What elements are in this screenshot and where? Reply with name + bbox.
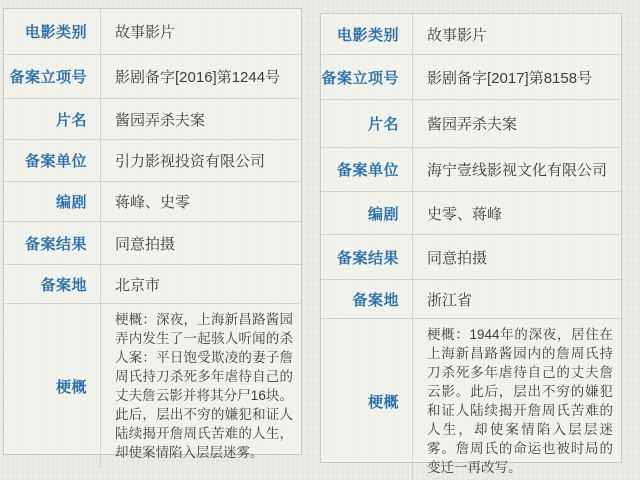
synopsis-value: 梗概：1944年的深夜，居住在上海新昌路酱园内的詹周氏持刀杀死多年虐待自己的丈夫… <box>413 319 621 480</box>
film-registration-records-page: { "colors": { "page_background": "#e8eae… <box>0 0 640 480</box>
registration-number-value: 影剧备字[2017]第8158号 <box>413 55 621 99</box>
registration-place-row: 备案地 浙江省 <box>321 279 621 318</box>
registration-number-label: 备案立项号 <box>4 55 101 98</box>
synopsis-row: 梗概 梗概：深夜，上海新昌路酱园弄内发生了一起骇人听闻的杀人案：平日饱受欺凌的妻… <box>4 303 301 468</box>
screenwriter-label: 编剧 <box>4 182 101 221</box>
registration-unit-value: 引力影视投资有限公司 <box>101 140 301 181</box>
left-film-record-card: 电影类别 故事影片 备案立项号 影剧备字[2016]第1244号 片名 酱园弄杀… <box>3 8 302 455</box>
registration-number-row: 备案立项号 影剧备字[2016]第1244号 <box>4 54 301 98</box>
registration-number-label: 备案立项号 <box>321 55 413 99</box>
registration-unit-label: 备案单位 <box>321 148 413 191</box>
screenwriter-label: 编剧 <box>321 192 413 234</box>
film-title-label: 片名 <box>4 99 101 139</box>
registration-unit-row: 备案单位 引力影视投资有限公司 <box>4 139 301 181</box>
synopsis-label: 梗概 <box>321 319 413 480</box>
film-title-value: 酱园弄杀夫案 <box>101 99 301 139</box>
film-category-label: 电影类别 <box>321 14 413 54</box>
registration-number-row: 备案立项号 影剧备字[2017]第8158号 <box>321 54 621 99</box>
registration-result-row: 备案结果 同意拍摄 <box>321 234 621 279</box>
registration-result-value: 同意拍摄 <box>101 222 301 264</box>
registration-unit-value: 海宁壹线影视文化有限公司 <box>413 148 621 191</box>
screenwriter-row: 编剧 蒋峰、史零 <box>4 181 301 221</box>
registration-place-row: 备案地 北京市 <box>4 264 301 303</box>
film-title-row: 片名 酱园弄杀夫案 <box>321 99 621 147</box>
screenwriter-row: 编剧 史零、蒋峰 <box>321 191 621 234</box>
right-film-record-card: 电影类别 故事影片 备案立项号 影剧备字[2017]第8158号 片名 酱园弄杀… <box>320 13 622 463</box>
film-category-value: 故事影片 <box>101 9 301 54</box>
film-category-row: 电影类别 故事影片 <box>321 14 621 54</box>
registration-unit-label: 备案单位 <box>4 140 101 181</box>
screenwriter-value: 蒋峰、史零 <box>101 182 301 221</box>
film-category-value: 故事影片 <box>413 14 621 54</box>
registration-place-value: 北京市 <box>101 265 301 303</box>
film-title-label: 片名 <box>321 100 413 147</box>
film-title-row: 片名 酱园弄杀夫案 <box>4 98 301 139</box>
registration-unit-row: 备案单位 海宁壹线影视文化有限公司 <box>321 147 621 191</box>
screenwriter-value: 史零、蒋峰 <box>413 192 621 234</box>
registration-place-label: 备案地 <box>4 265 101 303</box>
registration-result-value: 同意拍摄 <box>413 235 621 279</box>
film-category-label: 电影类别 <box>4 9 101 54</box>
film-category-row: 电影类别 故事影片 <box>4 9 301 54</box>
registration-place-value: 浙江省 <box>413 280 621 318</box>
synopsis-row: 梗概 梗概：1944年的深夜，居住在上海新昌路酱园内的詹周氏持刀杀死多年虐待自己… <box>321 318 621 480</box>
registration-result-label: 备案结果 <box>321 235 413 279</box>
registration-result-label: 备案结果 <box>4 222 101 264</box>
film-title-value: 酱园弄杀夫案 <box>413 100 621 147</box>
registration-place-label: 备案地 <box>321 280 413 318</box>
registration-number-value: 影剧备字[2016]第1244号 <box>101 55 301 98</box>
synopsis-value: 梗概：深夜，上海新昌路酱园弄内发生了一起骇人听闻的杀人案：平日饱受欺凌的妻子詹周… <box>101 304 301 468</box>
registration-result-row: 备案结果 同意拍摄 <box>4 221 301 264</box>
synopsis-label: 梗概 <box>4 304 101 468</box>
